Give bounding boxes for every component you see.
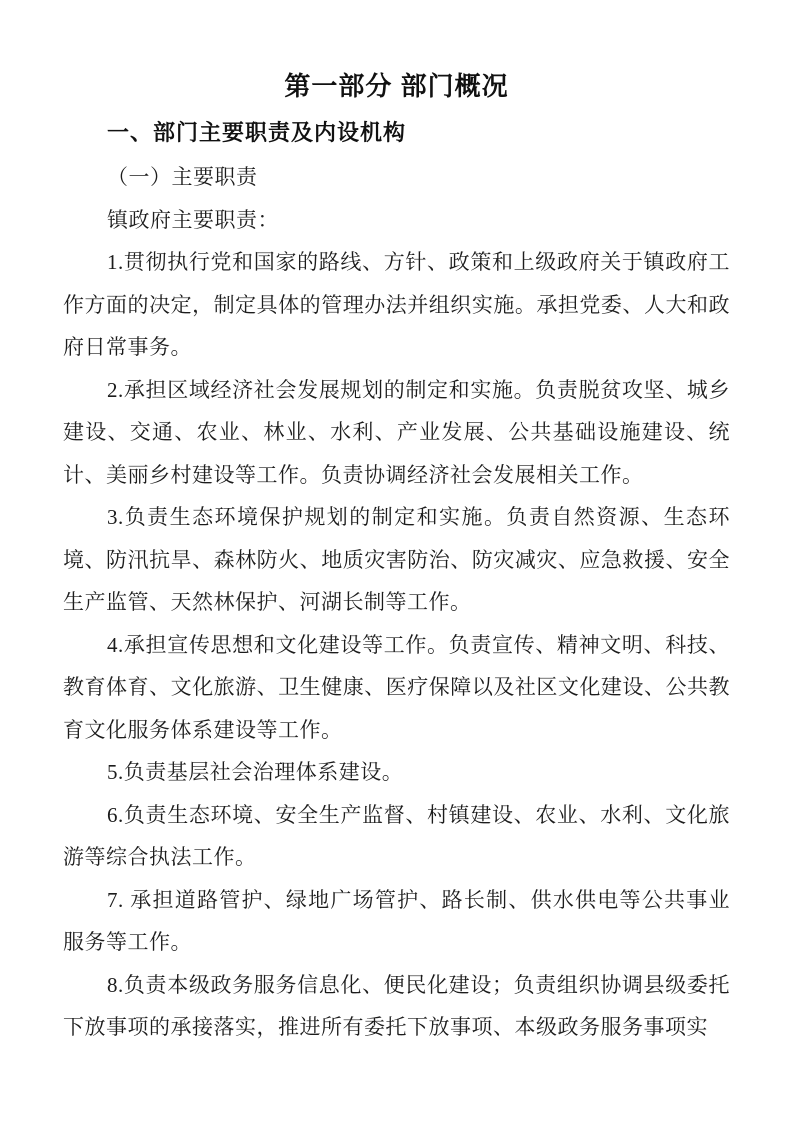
- duty-item-1: 1.贯彻执行党和国家的路线、方针、政策和上级政府关于镇政府工作方面的决定，制定具…: [63, 241, 730, 369]
- duty-item-6: 6.负责生态环境、安全生产监督、村镇建设、农业、水利、文化旅游等综合执法工作。: [63, 794, 730, 879]
- document-body: （一）主要职责 镇政府主要职责： 1.贯彻执行党和国家的路线、方针、政策和上级政…: [63, 156, 730, 1049]
- document-page: 第一部分 部门概况 一、部门主要职责及内设机构 （一）主要职责 镇政府主要职责：…: [0, 0, 793, 1122]
- duty-item-7: 7. 承担道路管护、绿地广场管护、路长制、供水供电等公共事业服务等工作。: [63, 879, 730, 964]
- duty-item-2: 2.承担区域经济社会发展规划的制定和实施。负责脱贫攻坚、城乡建设、交通、农业、林…: [63, 369, 730, 497]
- duty-item-3: 3.负责生态环境保护规划的制定和实施。负责自然资源、生态环境、防汛抗旱、森林防火…: [63, 496, 730, 624]
- duty-item-5: 5.负责基层社会治理体系建设。: [63, 751, 730, 794]
- document-title: 第一部分 部门概况: [63, 66, 730, 106]
- lead-in-line: 镇政府主要职责：: [63, 199, 730, 242]
- duty-item-4: 4.承担宣传思想和文化建设等工作。负责宣传、精神文明、科技、教育体育、文化旅游、…: [63, 624, 730, 752]
- subsection-heading: （一）主要职责: [63, 156, 730, 199]
- section-heading: 一、部门主要职责及内设机构: [63, 110, 730, 156]
- duty-item-8: 8.负责本级政务服务信息化、便民化建设；负责组织协调县级委托下放事项的承接落实，…: [63, 964, 730, 1049]
